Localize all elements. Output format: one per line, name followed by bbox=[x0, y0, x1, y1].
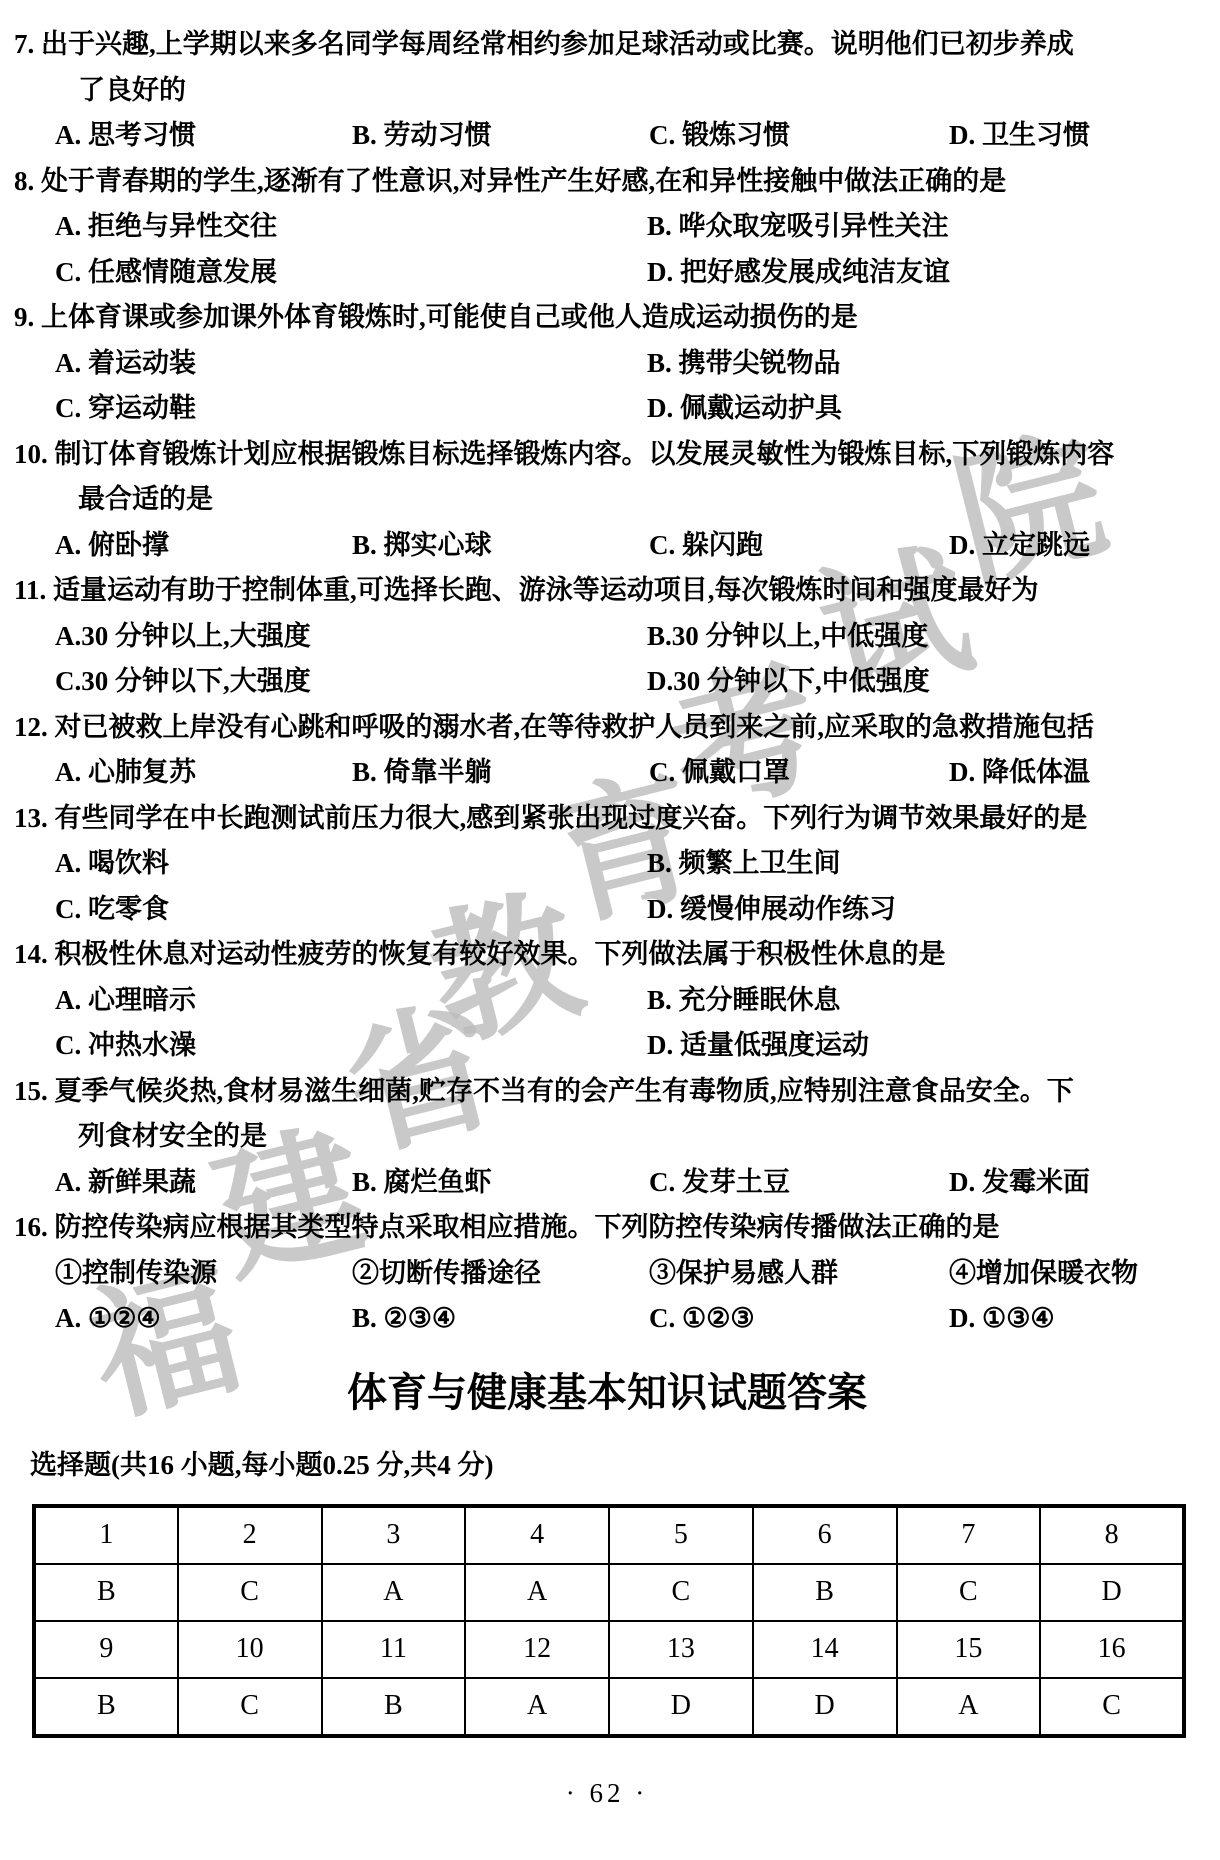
option-d: D. 降低体温 bbox=[949, 750, 1200, 796]
option-c: C. ①②③ bbox=[649, 1296, 949, 1342]
option-a: A. 新鲜果蔬 bbox=[55, 1160, 352, 1206]
option-row: A. 思考习惯 B. 劳动习惯 C. 锻炼习惯 D. 卫生习惯 bbox=[14, 113, 1200, 159]
option-b: B. 充分睡眠休息 bbox=[647, 978, 1200, 1024]
table-cell: 5 bbox=[609, 1506, 753, 1564]
option-c: C. 佩戴口罩 bbox=[649, 750, 949, 796]
question-text: 14. 积极性休息对运动性疲劳的恢复有较好效果。下列做法属于积极性休息的是 bbox=[14, 932, 1200, 978]
question-7: 7. 出于兴趣,上学期以来多名同学每周经常相约参加足球活动或比赛。说明他们已初步… bbox=[14, 22, 1200, 159]
statement-3: ③保护易感人群 bbox=[649, 1251, 949, 1297]
table-cell: 6 bbox=[753, 1506, 897, 1564]
exam-page: 7. 出于兴趣,上学期以来多名同学每周经常相约参加足球活动或比赛。说明他们已初步… bbox=[0, 0, 1220, 1809]
table-cell: C bbox=[178, 1564, 322, 1621]
table-cell: C bbox=[178, 1678, 322, 1736]
table-cell: 15 bbox=[897, 1621, 1041, 1678]
option-row: A.30 分钟以上,大强度 B.30 分钟以上,中低强度 bbox=[14, 614, 1200, 660]
option-b: B. 劳动习惯 bbox=[352, 113, 649, 159]
option-row: C. 吃零食 D. 缓慢伸展动作练习 bbox=[14, 887, 1200, 933]
option-c: C. 发芽土豆 bbox=[649, 1160, 949, 1206]
table-cell: C bbox=[1040, 1678, 1184, 1736]
option-row: C.30 分钟以下,大强度 D.30 分钟以下,中低强度 bbox=[14, 659, 1200, 705]
table-cell: 11 bbox=[322, 1621, 466, 1678]
question-14: 14. 积极性休息对运动性疲劳的恢复有较好效果。下列做法属于积极性休息的是 A.… bbox=[14, 932, 1200, 1069]
answer-table: 1 2 3 4 5 6 7 8 B C A A C B C D 9 10 bbox=[32, 1504, 1186, 1738]
table-cell: 13 bbox=[609, 1621, 753, 1678]
answers-section-label: 选择题(共16 小题,每小题0.25 分,共4 分) bbox=[14, 1442, 1200, 1488]
option-d: D.30 分钟以下,中低强度 bbox=[647, 659, 1200, 705]
table-row-answers: B C A A C B C D bbox=[34, 1564, 1184, 1621]
option-c: C. 锻炼习惯 bbox=[649, 113, 949, 159]
table-cell: 16 bbox=[1040, 1621, 1184, 1678]
table-cell: A bbox=[465, 1564, 609, 1621]
option-d: D. 卫生习惯 bbox=[949, 113, 1200, 159]
question-8: 8. 处于青春期的学生,逐渐有了性意识,对异性产生好感,在和异性接触中做法正确的… bbox=[14, 159, 1200, 296]
option-row: C. 穿运动鞋 D. 佩戴运动护具 bbox=[14, 386, 1200, 432]
table-cell: A bbox=[322, 1564, 466, 1621]
question-text: 11. 适量运动有助于控制体重,可选择长跑、游泳等运动项目,每次锻炼时间和强度最… bbox=[14, 568, 1200, 614]
option-row: A. 心肺复苏 B. 倚靠半躺 C. 佩戴口罩 D. 降低体温 bbox=[14, 750, 1200, 796]
option-a: A. 喝饮料 bbox=[55, 841, 647, 887]
table-row-question-numbers: 1 2 3 4 5 6 7 8 bbox=[34, 1506, 1184, 1564]
question-12: 12. 对已被救上岸没有心跳和呼吸的溺水者,在等待救护人员到来之前,应采取的急救… bbox=[14, 705, 1200, 796]
option-row: C. 任感情随意发展 D. 把好感发展成纯洁友谊 bbox=[14, 250, 1200, 296]
table-cell: 3 bbox=[322, 1506, 466, 1564]
table-row-answers: B C B A D D A C bbox=[34, 1678, 1184, 1736]
option-b: B. 倚靠半躺 bbox=[352, 750, 649, 796]
table-cell: D bbox=[753, 1678, 897, 1736]
option-row: C. 冲热水澡 D. 适量低强度运动 bbox=[14, 1023, 1200, 1069]
table-cell: 7 bbox=[897, 1506, 1041, 1564]
question-9: 9. 上体育课或参加课外体育锻炼时,可能使自己或他人造成运动损伤的是 A. 着运… bbox=[14, 295, 1200, 432]
question-11: 11. 适量运动有助于控制体重,可选择长跑、游泳等运动项目,每次锻炼时间和强度最… bbox=[14, 568, 1200, 705]
table-cell: B bbox=[34, 1678, 178, 1736]
option-c: C. 吃零食 bbox=[55, 887, 647, 933]
option-a: A. 心理暗示 bbox=[55, 978, 647, 1024]
table-cell: 2 bbox=[178, 1506, 322, 1564]
option-b: B. ②③④ bbox=[352, 1296, 649, 1342]
table-cell: 4 bbox=[465, 1506, 609, 1564]
table-row-question-numbers: 9 10 11 12 13 14 15 16 bbox=[34, 1621, 1184, 1678]
option-c: C. 穿运动鞋 bbox=[55, 386, 647, 432]
option-b: B. 携带尖锐物品 bbox=[647, 341, 1200, 387]
option-d: D. 立定跳远 bbox=[949, 523, 1200, 569]
question-text: 最合适的是 bbox=[14, 477, 1200, 523]
option-c: C. 任感情随意发展 bbox=[55, 250, 647, 296]
question-text: 列食材安全的是 bbox=[14, 1114, 1200, 1160]
question-15: 15. 夏季气候炎热,食材易滋生细菌,贮存不当有的会产生有毒物质,应特别注意食品… bbox=[14, 1069, 1200, 1206]
question-10: 10. 制订体育锻炼计划应根据锻炼目标选择锻炼内容。以发展灵敏性为锻炼目标,下列… bbox=[14, 432, 1200, 569]
option-b: B. 哗众取宠吸引异性关注 bbox=[647, 204, 1200, 250]
question-16: 16. 防控传染病应根据其类型特点采取相应措施。下列防控传染病传播做法正确的是 … bbox=[14, 1205, 1200, 1342]
option-row: A. ①②④ B. ②③④ C. ①②③ D. ①③④ bbox=[14, 1296, 1200, 1342]
option-c: C.30 分钟以下,大强度 bbox=[55, 659, 647, 705]
option-a: A. 思考习惯 bbox=[55, 113, 352, 159]
table-cell: 12 bbox=[465, 1621, 609, 1678]
option-row: A. 心理暗示 B. 充分睡眠休息 bbox=[14, 978, 1200, 1024]
table-cell: D bbox=[609, 1678, 753, 1736]
table-cell: 10 bbox=[178, 1621, 322, 1678]
table-cell: 1 bbox=[34, 1506, 178, 1564]
statement-2: ②切断传播途径 bbox=[352, 1251, 649, 1297]
statement-row: ①控制传染源 ②切断传播途径 ③保护易感人群 ④增加保暖衣物 bbox=[14, 1251, 1200, 1297]
option-a: A. 着运动装 bbox=[55, 341, 647, 387]
question-text: 13. 有些同学在中长跑测试前压力很大,感到紧张出现过度兴奋。下列行为调节效果最… bbox=[14, 796, 1200, 842]
option-d: D. 佩戴运动护具 bbox=[647, 386, 1200, 432]
table-cell: C bbox=[609, 1564, 753, 1621]
option-row: A. 拒绝与异性交往 B. 哗众取宠吸引异性关注 bbox=[14, 204, 1200, 250]
option-row: A. 喝饮料 B. 频繁上卫生间 bbox=[14, 841, 1200, 887]
table-cell: C bbox=[897, 1564, 1041, 1621]
option-row: A. 新鲜果蔬 B. 腐烂鱼虾 C. 发芽土豆 D. 发霉米面 bbox=[14, 1160, 1200, 1206]
question-text: 了良好的 bbox=[14, 68, 1200, 114]
option-b: B.30 分钟以上,中低强度 bbox=[647, 614, 1200, 660]
option-a: A. ①②④ bbox=[55, 1296, 352, 1342]
table-cell: 14 bbox=[753, 1621, 897, 1678]
question-text: 8. 处于青春期的学生,逐渐有了性意识,对异性产生好感,在和异性接触中做法正确的… bbox=[14, 159, 1200, 205]
table-cell: A bbox=[465, 1678, 609, 1736]
option-d: D. ①③④ bbox=[949, 1296, 1200, 1342]
option-a: A. 拒绝与异性交往 bbox=[55, 204, 647, 250]
question-text: 15. 夏季气候炎热,食材易滋生细菌,贮存不当有的会产生有毒物质,应特别注意食品… bbox=[14, 1069, 1200, 1115]
option-a: A. 俯卧撑 bbox=[55, 523, 352, 569]
option-b: B. 腐烂鱼虾 bbox=[352, 1160, 649, 1206]
option-d: D. 缓慢伸展动作练习 bbox=[647, 887, 1200, 933]
table-cell: B bbox=[34, 1564, 178, 1621]
option-d: D. 发霉米面 bbox=[949, 1160, 1200, 1206]
option-d: D. 适量低强度运动 bbox=[647, 1023, 1200, 1069]
statement-4: ④增加保暖衣物 bbox=[949, 1251, 1200, 1297]
question-text: 10. 制订体育锻炼计划应根据锻炼目标选择锻炼内容。以发展灵敏性为锻炼目标,下列… bbox=[14, 432, 1200, 478]
option-d: D. 把好感发展成纯洁友谊 bbox=[647, 250, 1200, 296]
option-b: B. 频繁上卫生间 bbox=[647, 841, 1200, 887]
table-cell: B bbox=[322, 1678, 466, 1736]
table-cell: A bbox=[897, 1678, 1041, 1736]
option-row: A. 着运动装 B. 携带尖锐物品 bbox=[14, 341, 1200, 387]
question-text: 7. 出于兴趣,上学期以来多名同学每周经常相约参加足球活动或比赛。说明他们已初步… bbox=[14, 22, 1200, 68]
question-13: 13. 有些同学在中长跑测试前压力很大,感到紧张出现过度兴奋。下列行为调节效果最… bbox=[14, 796, 1200, 933]
question-text: 12. 对已被救上岸没有心跳和呼吸的溺水者,在等待救护人员到来之前,应采取的急救… bbox=[14, 705, 1200, 751]
table-cell: 9 bbox=[34, 1621, 178, 1678]
option-a: A. 心肺复苏 bbox=[55, 750, 352, 796]
table-cell: D bbox=[1040, 1564, 1184, 1621]
table-cell: B bbox=[753, 1564, 897, 1621]
page-number: · 62 · bbox=[14, 1778, 1200, 1809]
table-cell: 8 bbox=[1040, 1506, 1184, 1564]
option-b: B. 掷实心球 bbox=[352, 523, 649, 569]
option-row: A. 俯卧撑 B. 掷实心球 C. 躲闪跑 D. 立定跳远 bbox=[14, 523, 1200, 569]
question-text: 9. 上体育课或参加课外体育锻炼时,可能使自己或他人造成运动损伤的是 bbox=[14, 295, 1200, 341]
option-c: C. 躲闪跑 bbox=[649, 523, 949, 569]
question-text: 16. 防控传染病应根据其类型特点采取相应措施。下列防控传染病传播做法正确的是 bbox=[14, 1205, 1200, 1251]
answers-title: 体育与健康基本知识试题答案 bbox=[14, 1364, 1200, 1422]
statement-1: ①控制传染源 bbox=[55, 1251, 352, 1297]
option-a: A.30 分钟以上,大强度 bbox=[55, 614, 647, 660]
option-c: C. 冲热水澡 bbox=[55, 1023, 647, 1069]
